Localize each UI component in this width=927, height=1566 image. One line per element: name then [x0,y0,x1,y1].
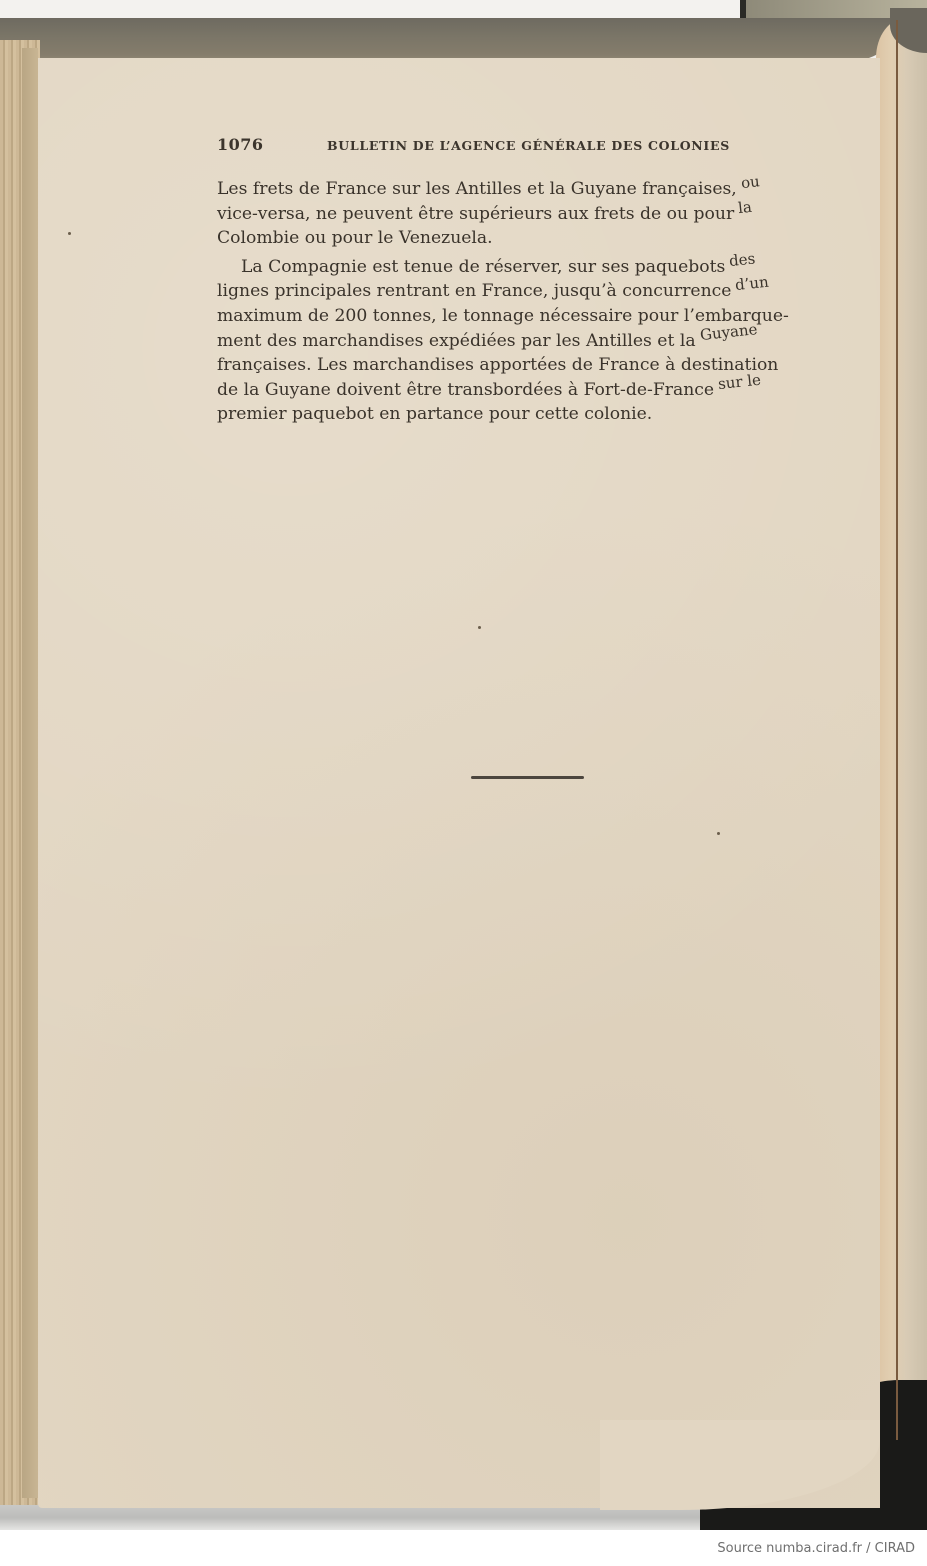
text-line: de la Guyane doivent être transbordées à… [217,378,837,403]
binding-gutter-line [896,20,898,1440]
running-header: 1076 BULLETIN DE L’AGENCE GÉNÉRALE DES C… [217,135,742,157]
scanned-book-page: 1076 BULLETIN DE L’AGENCE GÉNÉRALE DES C… [0,0,927,1530]
text-line: vice-versa, ne peuvent être supérieurs a… [217,202,837,227]
text-line: premier paquebot en partance pour cette … [217,402,837,427]
section-end-rule [471,776,584,779]
page-number: 1076 [217,135,264,154]
text-line: ment des marchandises expédiées par les … [217,329,837,354]
page-edge-shade [22,48,38,1498]
paragraph-1: Les frets de France sur les Antilles et … [217,177,837,251]
facing-page-gutter [876,18,927,1488]
body-text: Les frets de France sur les Antilles et … [217,177,837,427]
scan-bottom-shadow [0,1505,700,1530]
paper-speck [68,232,71,235]
paper-speck [717,832,720,835]
journal-title: BULLETIN DE L’AGENCE GÉNÉRALE DES COLONI… [327,138,730,153]
text-line: lignes principales rentrant en France, j… [217,279,837,304]
paragraph-2: La Compagnie est tenue de réserver, sur … [217,255,837,427]
page-block-top-edge [0,18,900,63]
source-credit: Source numba.cirad.fr / CIRAD [717,1541,915,1556]
paper-speck [478,626,481,629]
